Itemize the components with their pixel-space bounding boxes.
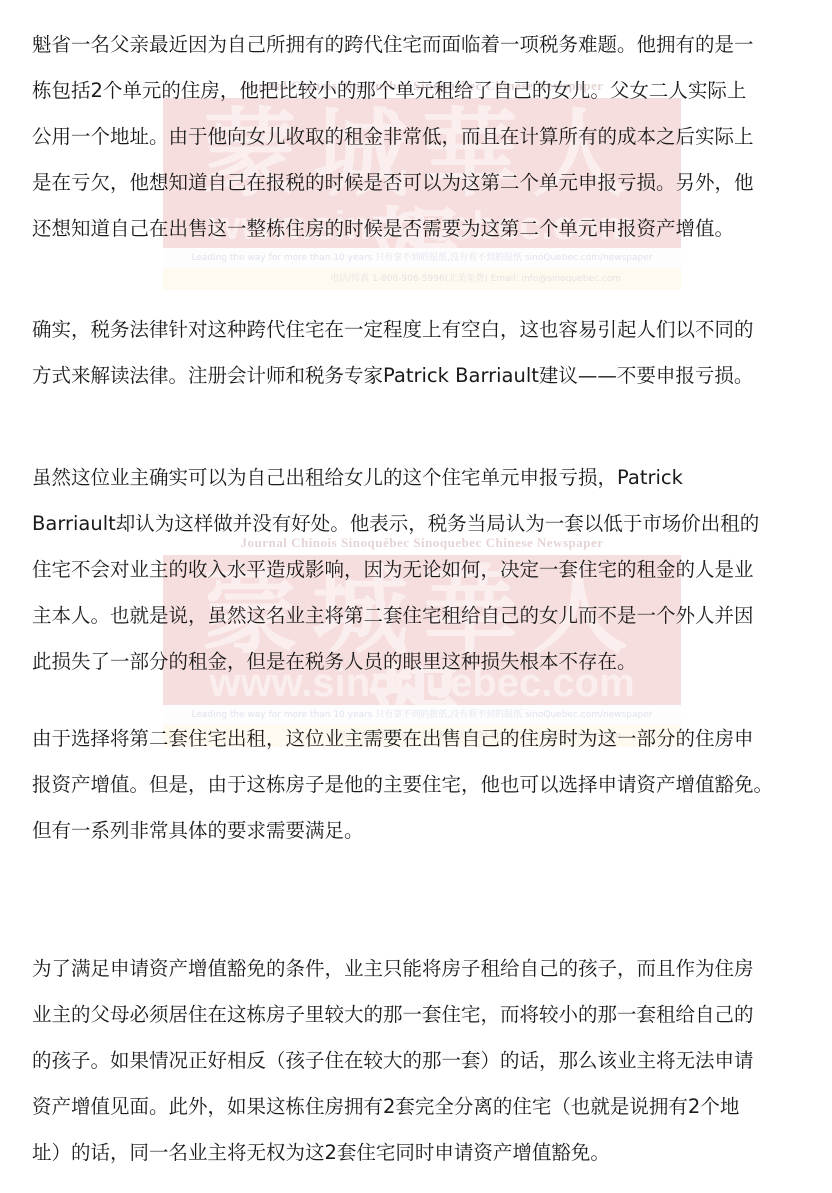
paragraph: 虽然这位业主确实可以为自己出租给女儿的这个住宅单元申报亏损，Patrick Ba… xyxy=(32,455,812,685)
text-line: Barriault却认为这样做并没有好处。他表示，税务当局认为一套以低于市场价出… xyxy=(32,501,812,547)
text-line: 虽然这位业主确实可以为自己出租给女儿的这个住宅单元申报亏损，Patrick xyxy=(32,455,812,501)
text-line: 方式来解读法律。注册会计师和税务专家Patrick Barriault建议——不… xyxy=(32,353,812,399)
text-line: 确实，税务法律针对这种跨代住宅在一定程度上有空白，这也容易引起人们以不同的 xyxy=(32,307,812,353)
text-line: 址）的话，同一名业主将无权为这2套住宅同时申请资产增值豁免。 xyxy=(32,1130,812,1176)
text-line: 栋包括2个单元的住房，他把比较小的那个单元租给了自己的女儿。父女二人实际上 xyxy=(32,68,812,114)
text-line: 主本人。也就是说，虽然这名业主将第二套住宅租给自己的女儿而不是一个外人并因 xyxy=(32,593,812,639)
text-line: 业主的父母必须居住在这栋房子里较大的那一套住宅，而将较小的那一套租给自己的 xyxy=(32,992,812,1038)
paragraph: 确实，税务法律针对这种跨代住宅在一定程度上有空白，这也容易引起人们以不同的 方式… xyxy=(32,307,812,399)
text-line: 此损失了一部分的租金，但是在税务人员的眼里这种损失根本不存在。 xyxy=(32,639,812,685)
text-line: 由于选择将第二套住宅出租，这位业主需要在出售自己的住房时为这一部分的住房申 xyxy=(32,716,812,762)
paragraph: 魁省一名父亲最近因为自己所拥有的跨代住宅而面临着一项税务难题。他拥有的是一 栋包… xyxy=(32,22,812,252)
text-line: 魁省一名父亲最近因为自己所拥有的跨代住宅而面临着一项税务难题。他拥有的是一 xyxy=(32,22,812,68)
text-line: 公用一个地址。由于他向女儿收取的租金非常低，而且在计算所有的成本之后实际上 xyxy=(32,114,812,160)
text-line: 但有一系列非常具体的要求需要满足。 xyxy=(32,808,812,854)
paragraph: 为了满足申请资产增值豁免的条件，业主只能将房子租给自己的孩子，而且作为住房 业主… xyxy=(32,946,812,1176)
watermark-contact-line: 电话/传真 1-800-906-5996(北美免费) Email: info@s… xyxy=(163,268,681,290)
text-line: 报资产增值。但是，由于这栋房子是他的主要住宅，他也可以选择申请资产增值豁免。 xyxy=(32,762,812,808)
text-line: 是在亏欠，他想知道自己在报税的时候是否可以为这第二个单元申报亏损。另外，他 xyxy=(32,160,812,206)
text-line: 住宅不会对业主的收入水平造成影响，因为无论如何，决定一套住宅的租金的人是业 xyxy=(32,547,812,593)
text-line: 还想知道自己在出售这一整栋住房的时候是否需要为这第二个单元申报资产增值。 xyxy=(32,206,812,252)
paragraph: 由于选择将第二套住宅出租，这位业主需要在出售自己的住房时为这一部分的住房申 报资… xyxy=(32,716,812,854)
text-line: 的孩子。如果情况正好相反（孩子住在较大的那一套）的话，那么该业主将无法申请 xyxy=(32,1038,812,1084)
text-line: 为了满足申请资产增值豁免的条件，业主只能将房子租给自己的孩子，而且作为住房 xyxy=(32,946,812,992)
text-line: 资产增值见面。此外，如果这栋住房拥有2套完全分离的住宅（也就是说拥有2个地 xyxy=(32,1084,812,1130)
